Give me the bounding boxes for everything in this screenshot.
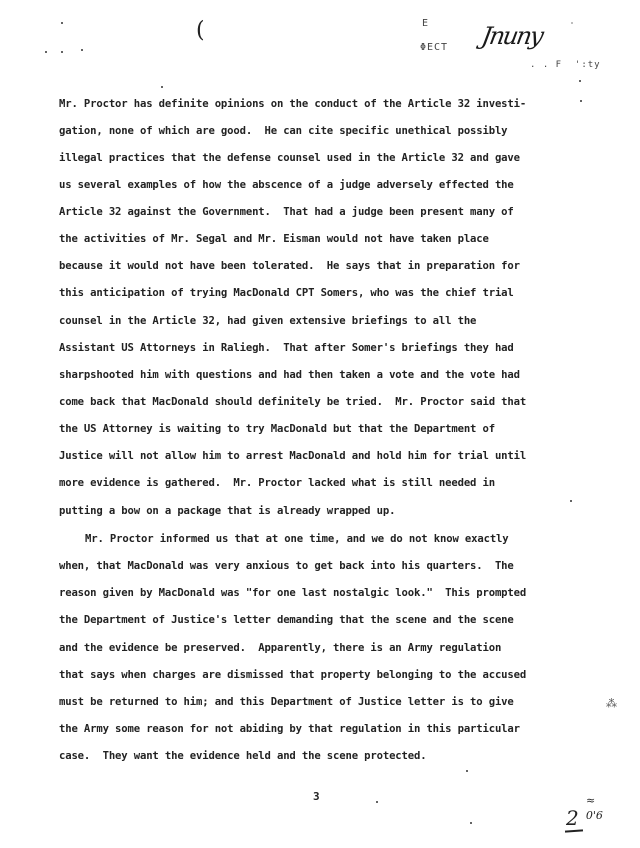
text-line: more evidence is gathered. Mr. Proctor l… [59,476,495,490]
text-line: Mr. Proctor informed us that at one time… [85,532,509,546]
page-number: 3 [313,790,320,803]
text-line: and the evidence be preserved. Apparentl… [59,641,501,655]
text-line: the US Attorney is waiting to try MacDon… [59,422,495,436]
text-line: illegal practices that the defense couns… [59,151,520,165]
scan-speck [571,22,573,24]
header-paren-mark: ( [196,18,205,43]
text-line: Article 32 against the Government. That … [59,205,514,219]
text-line: case. They want the evidence held and th… [59,749,426,763]
text-line: must be returned to him; and this Depart… [59,695,514,709]
scan-speck [376,801,378,803]
scan-speck [61,22,63,24]
scan-speck [466,770,468,772]
text-line: sharpshooted him with questions and had … [59,368,520,382]
text-line: come back that MacDonald should definite… [59,395,526,409]
text-line: this anticipation of trying MacDonald CP… [59,286,514,300]
text-line: the Army some reason for not abiding by … [59,722,520,736]
handwritten-page-main: 2 [566,806,579,830]
scan-speck [580,100,582,102]
stamp-code: ΦECT [420,42,448,53]
text-line: Justice will not allow him to arrest Mac… [59,449,526,463]
scan-speck [470,822,472,824]
text-line: gation, none of which are good. He can c… [59,124,507,138]
handwritten-page-suffix: 0'6 [586,809,603,822]
text-line: putting a bow on a package that is alrea… [59,504,395,518]
handwritten-tick-mark: ≈ [586,794,595,807]
text-line: because it would not have been tolerated… [59,259,520,273]
handwritten-underline [565,829,583,832]
scan-speck [45,51,47,53]
document-page: ( E ΦECT . . F ':ty Jnuny Mr. Proctor ha… [0,0,640,848]
margin-annotation-mark: ⁂ [606,697,617,710]
stamp-tail: . . F ':ty [530,60,601,70]
text-line: counsel in the Article 32, had given ext… [59,314,476,328]
scan-speck [570,500,572,502]
scan-speck [61,51,63,53]
handwritten-page-annotation: ≈ 2 0'6 [566,806,601,830]
handwritten-initials: Jnuny [480,22,544,50]
text-line: Assistant US Attorneys in Raliegh. That … [59,341,514,355]
text-line: Mr. Proctor has definite opinions on the… [59,97,526,111]
text-line: the Department of Justice's letter deman… [59,613,514,627]
text-line: us several examples of how the abscence … [59,178,514,192]
scan-speck [81,49,83,51]
stamp-top-mark: E [422,18,429,29]
text-line: when, that MacDonald was very anxious to… [59,559,514,573]
scan-speck [579,80,581,82]
text-line: reason given by MacDonald was "for one l… [59,586,526,600]
scan-speck [161,86,163,88]
text-line: the activities of Mr. Segal and Mr. Eism… [59,232,489,246]
text-line: that says when charges are dismissed tha… [59,668,526,682]
